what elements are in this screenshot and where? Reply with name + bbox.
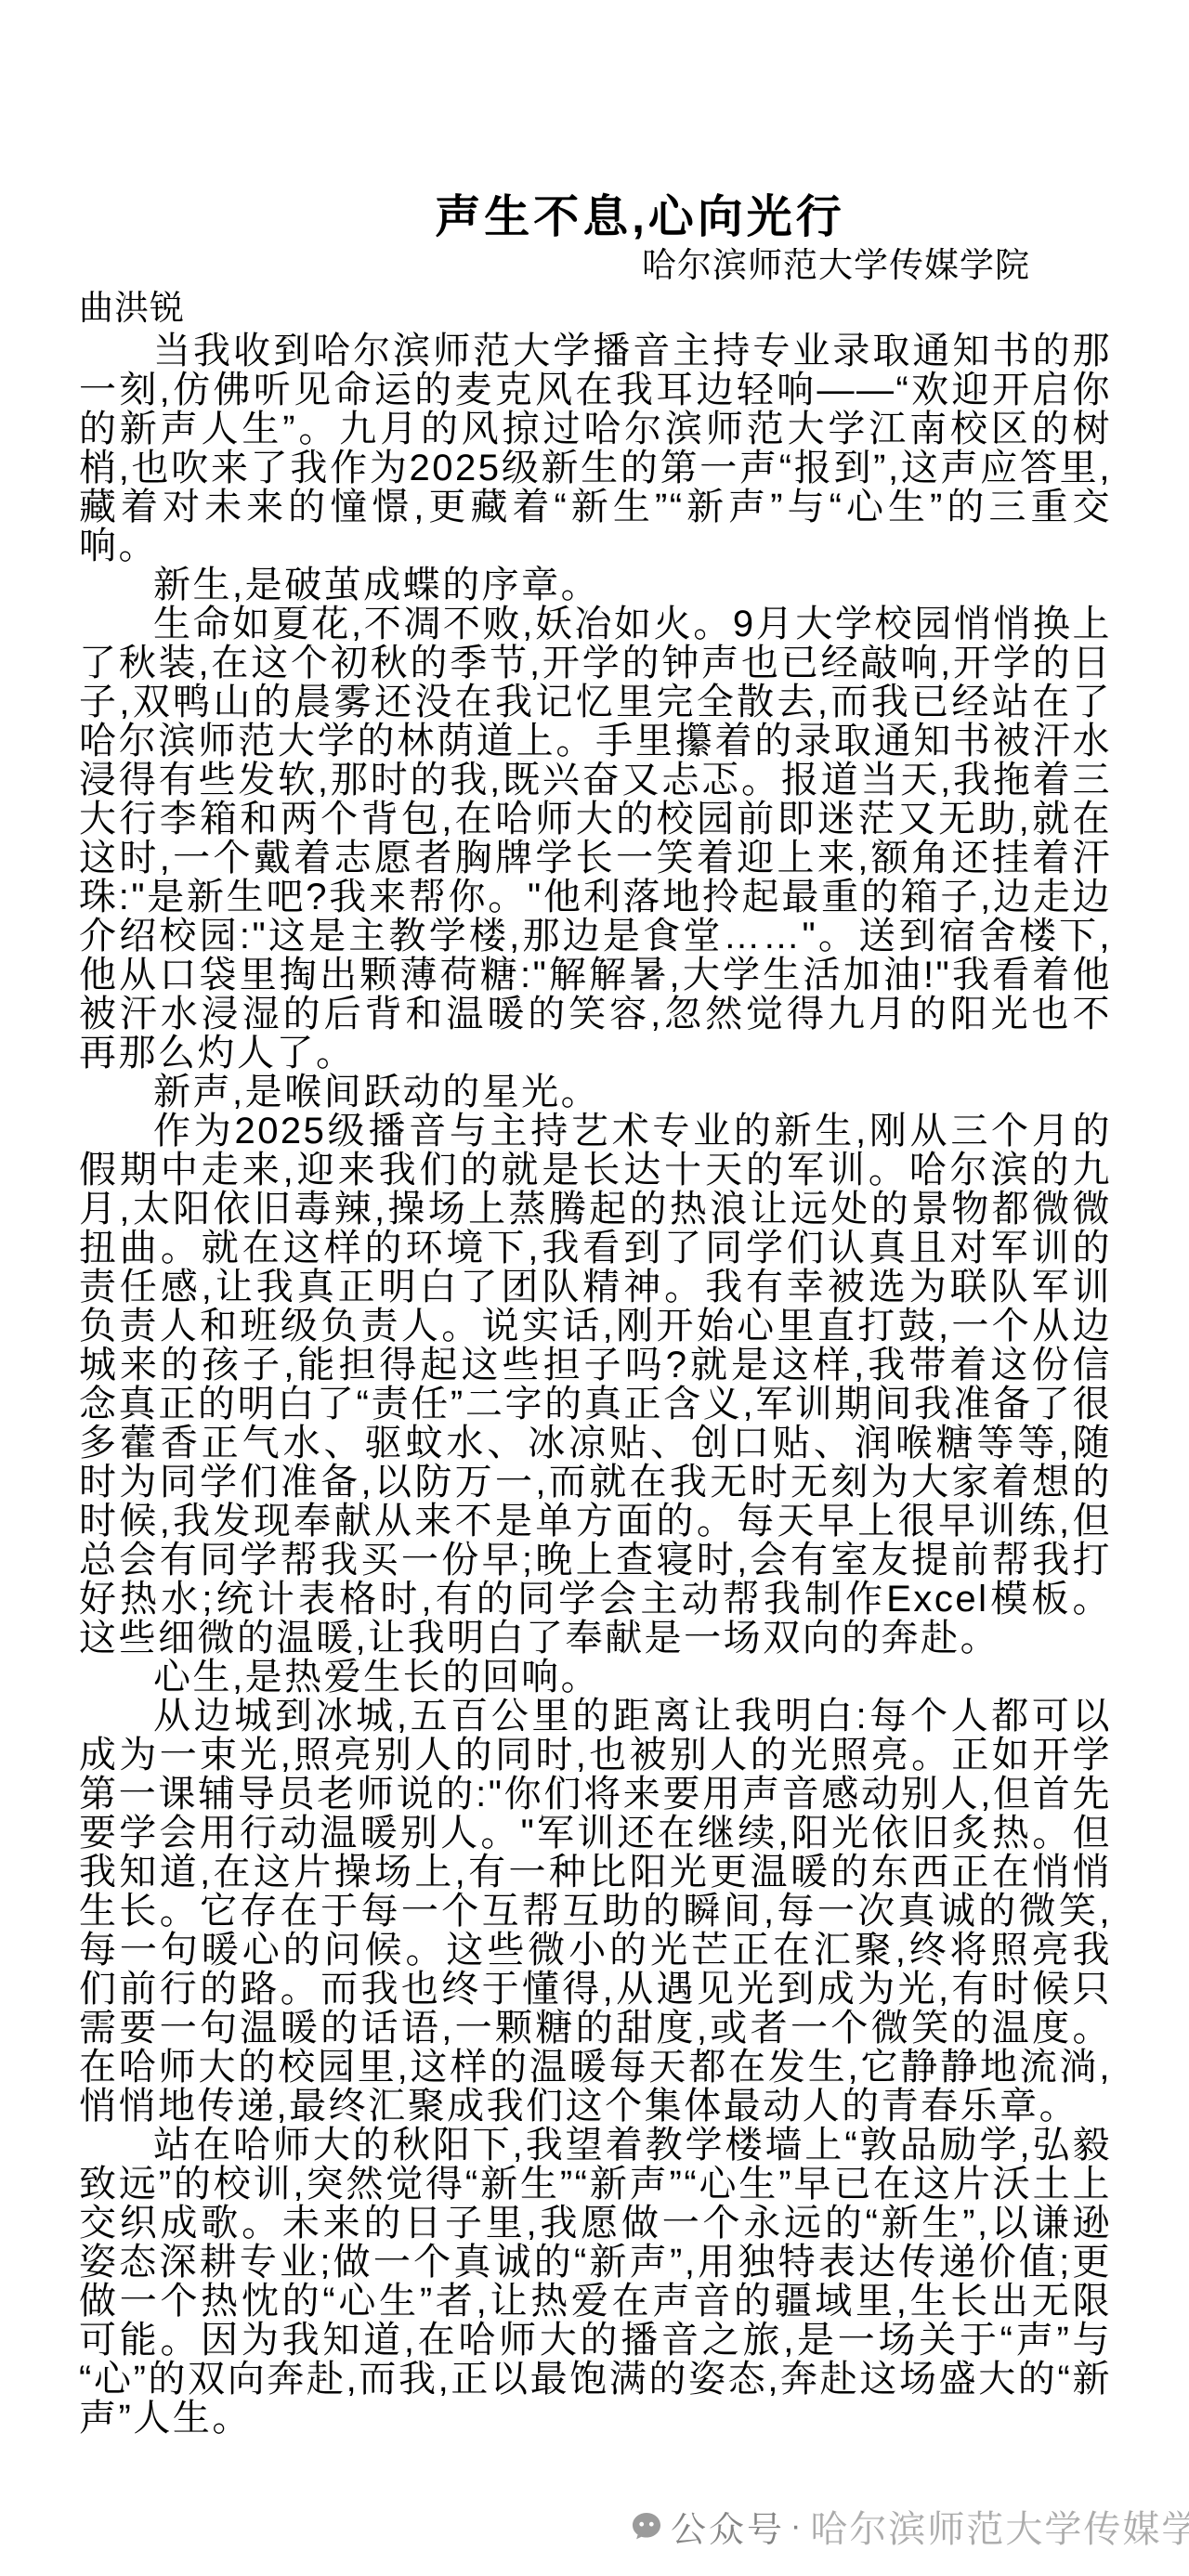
watermark-account-name: 哈尔滨师范大学传媒学院	[810, 2500, 1189, 2553]
paragraph-intro: 当我收到哈尔滨师范大学播音主持专业录取通知书的那一刻,仿佛听见命运的麦克风在我耳…	[79, 332, 1112, 566]
paragraph-new-life: 生命如夏花,不凋不败,妖冶如火。9月大学校园悄悄换上了秋装,在这个初秋的季节,开…	[79, 605, 1112, 1073]
watermark-prefix: 公众号	[671, 2501, 785, 2552]
watermark: 公众号 · 哈尔滨师范大学传媒学院	[630, 2500, 1189, 2553]
paragraph-heart: 从边城到冰城,五百公里的距离让我明白:每个人都可以成为一束光,照亮别人的同时,也…	[79, 1697, 1112, 2126]
paragraph-conclusion: 站在哈师大的秋阳下,我望着教学楼墙上“敦品励学,弘毅致远”的校训,突然觉得“新生…	[79, 2126, 1112, 2438]
article: 声生不息,心向光行 哈尔滨师范大学传媒学院 曲洪锐 当我收到哈尔滨师范大学播音主…	[79, 191, 1112, 2438]
article-subtitle: 哈尔滨师范大学传媒学院	[79, 243, 1112, 287]
wechat-icon	[630, 2510, 663, 2543]
paragraph-subhead-xinsheng-new-voice: 新声,是喉间跃动的星光。	[79, 1073, 1112, 1112]
paragraph-new-voice: 作为2025级播音与主持艺术专业的新生,刚从三个月的假期中走来,迎来我们的就是长…	[79, 1112, 1112, 1658]
document-page: 声生不息,心向光行 哈尔滨师范大学传媒学院 曲洪锐 当我收到哈尔滨师范大学播音主…	[0, 0, 1189, 2576]
article-body: 当我收到哈尔滨师范大学播音主持专业录取通知书的那一刻,仿佛听见命运的麦克风在我耳…	[79, 332, 1112, 2438]
article-title: 声生不息,心向光行	[124, 191, 1156, 243]
article-author: 曲洪锐	[79, 287, 1112, 329]
paragraph-subhead-xinsheng-new-life: 新生,是破茧成蝶的序章。	[79, 566, 1112, 605]
paragraph-subhead-xinsheng-heart: 心生,是热爱生长的回响。	[79, 1658, 1112, 1697]
watermark-separator: ·	[790, 2508, 801, 2544]
